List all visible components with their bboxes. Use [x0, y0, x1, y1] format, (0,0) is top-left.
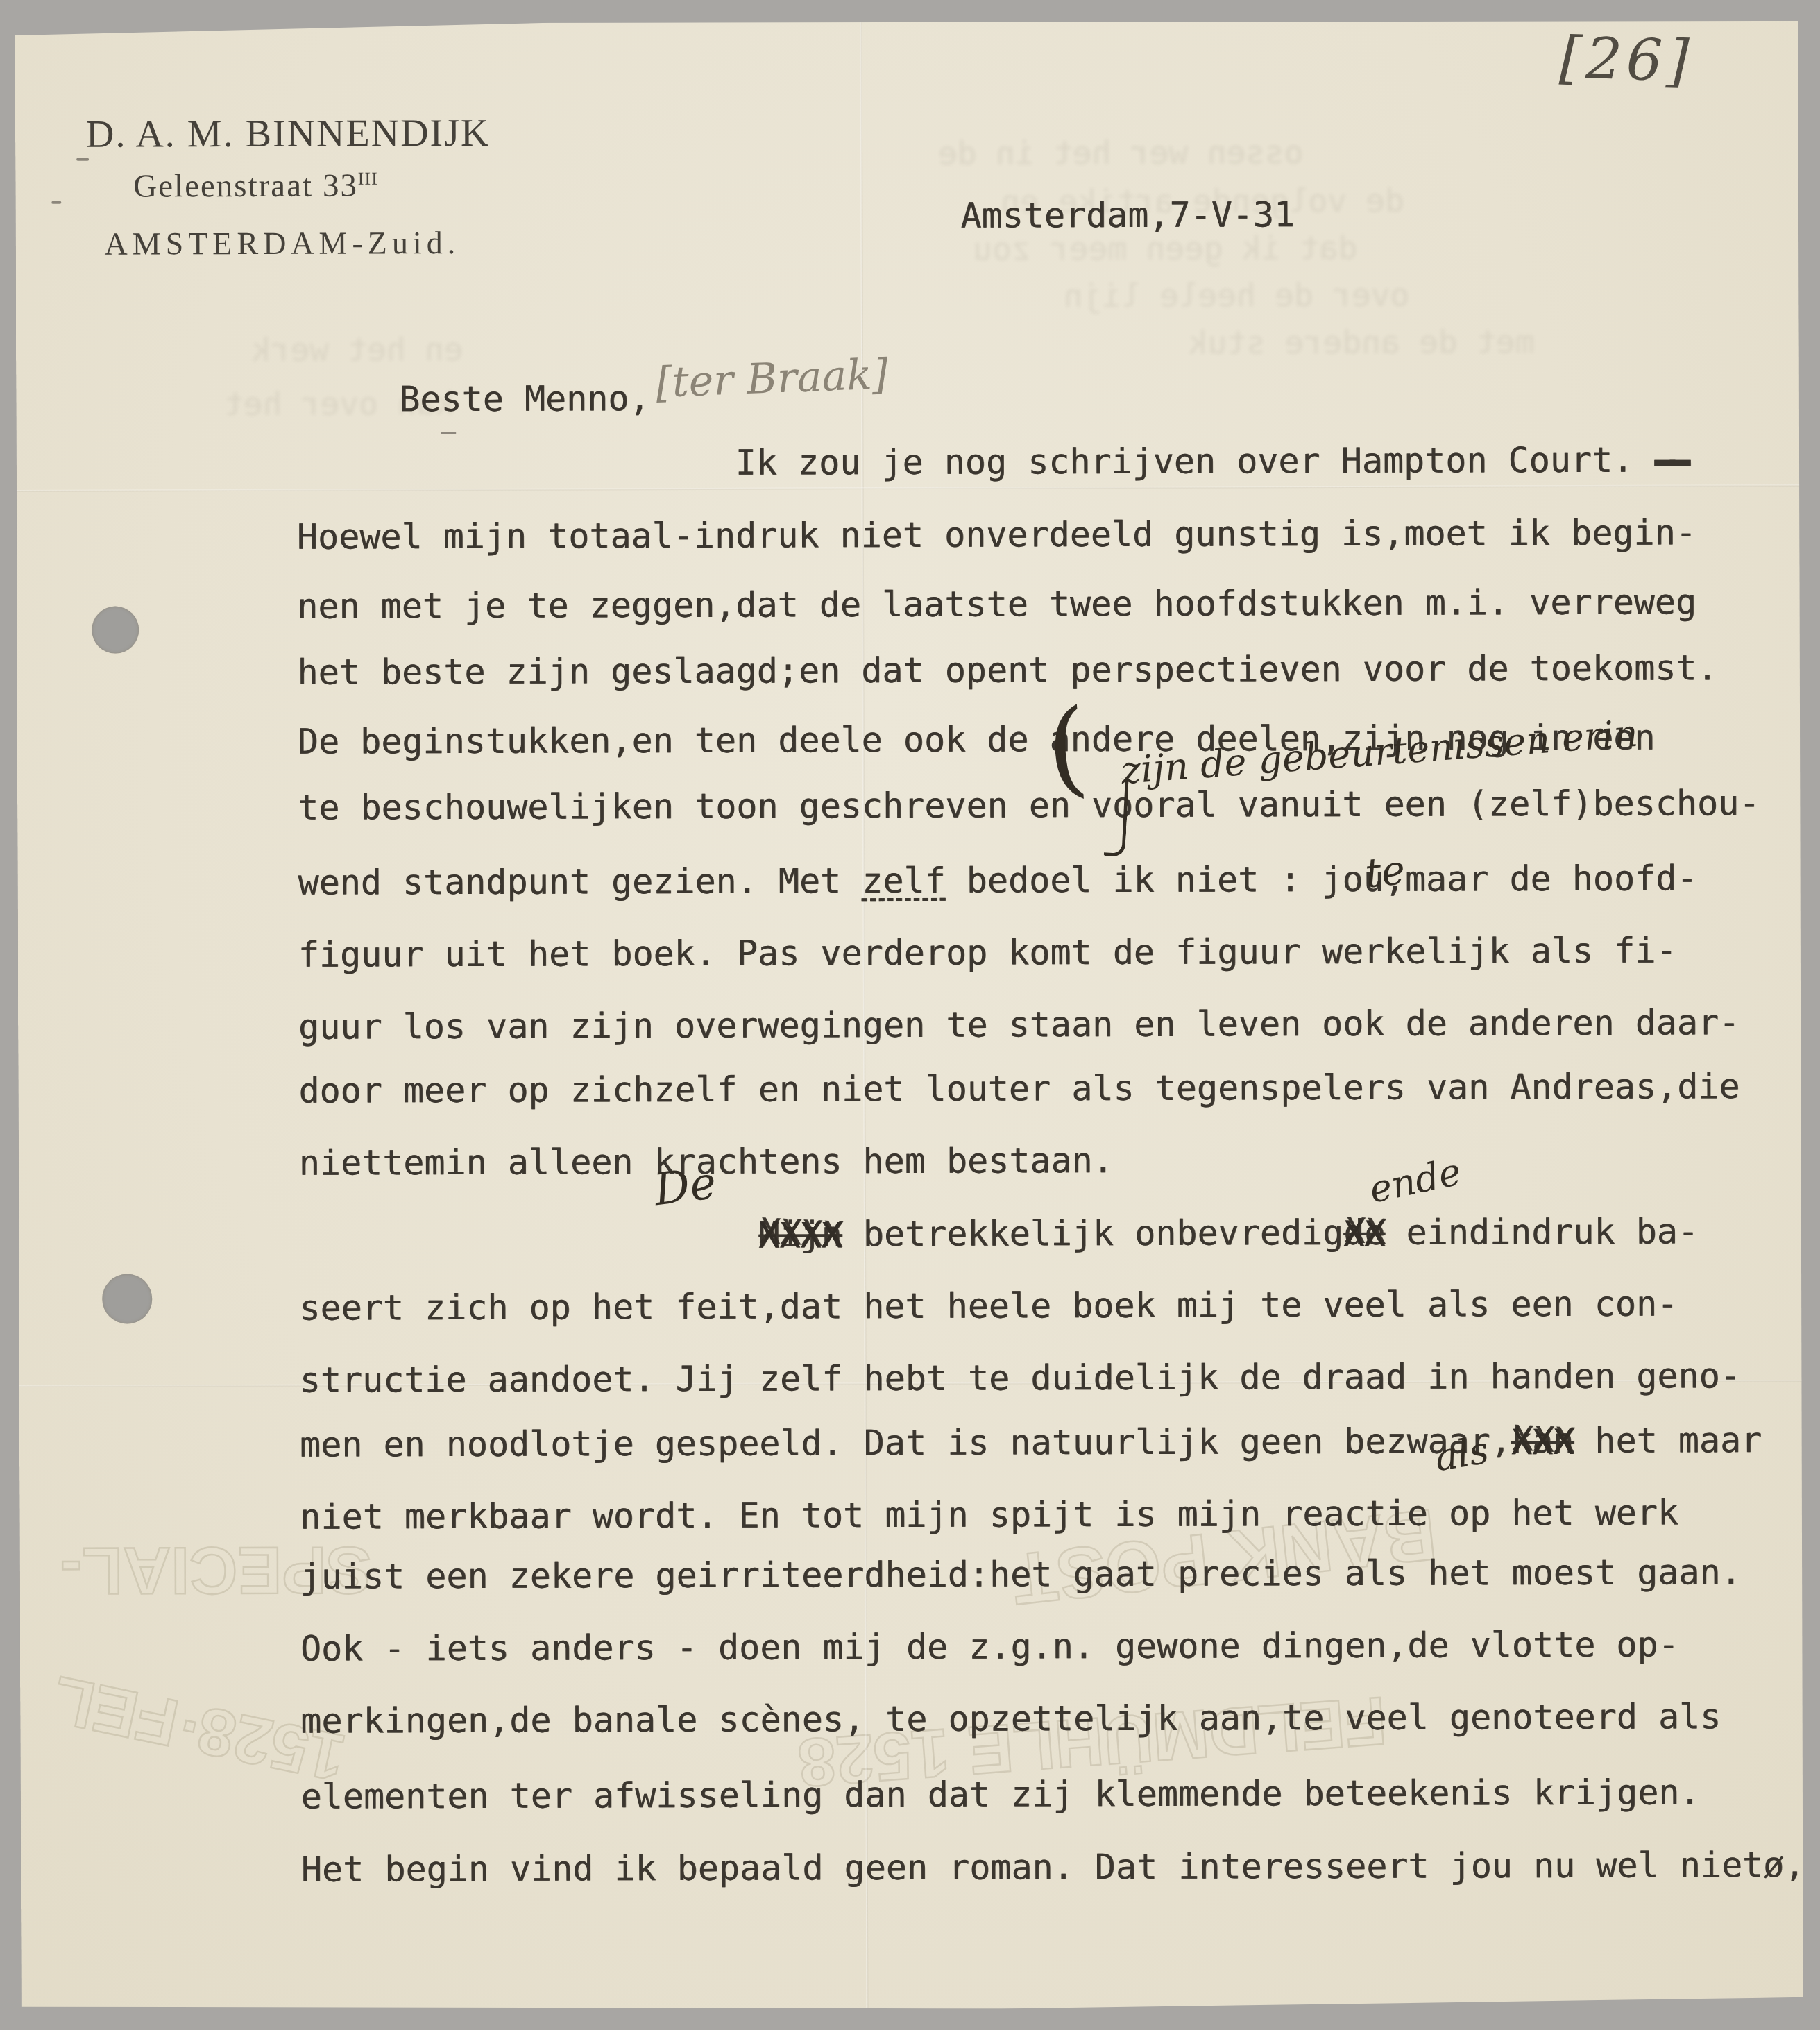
pencil-mark: [76, 158, 89, 161]
body-text-segment: door meer op zichzelf en niet louter als…: [298, 1066, 1740, 1111]
letterhead-street: Geleenstraat 33III: [133, 167, 378, 205]
letterhead-name: D. A. M. BINNENDIJK: [86, 111, 491, 157]
letter-body: Ik zou je nog schrijven over Hampton Cou…: [15, 14, 1798, 19]
recipient-name-annotation: [ter Braak]: [655, 350, 889, 407]
body-line: niet merkbaar wordt. En tot mijn spijt i…: [300, 1496, 1678, 1534]
punch-hole-bottom: [102, 1274, 152, 1323]
correction-ende: ende: [1366, 1149, 1465, 1212]
punch-hole-top: [92, 606, 139, 653]
body-line: elementen ter afwisseling dan dat zij kl…: [300, 1775, 1700, 1813]
letterhead-city: AMSTERDAM-Zuid.: [104, 224, 460, 262]
correction-als: als: [1431, 1428, 1491, 1480]
page-number-annotation: [26]: [1558, 25, 1694, 95]
body-line: door meer op zichzelf en niet louter als…: [298, 1069, 1740, 1108]
insertion-te: te: [1363, 846, 1408, 897]
body-text-segment: ——: [1654, 434, 1685, 486]
body-text-segment: juist een zekere geirriteerdheid:het gaa…: [300, 1552, 1741, 1597]
body-text-segment: merkingen,de banale scènes, te opzetteli…: [300, 1696, 1721, 1741]
body-line: Ook - iets anders - doen mij de z.g.n. g…: [300, 1627, 1679, 1666]
crossed-out-word: MijnXXXXXXXX: [758, 1217, 842, 1251]
letter-paper: ossen wer het in dede volgende artike en…: [15, 14, 1804, 2017]
horizontal-fold-crease-top: [17, 484, 1800, 492]
body-text-segment: men en noodlotje gespeeld. Dat is natuur…: [300, 1421, 1511, 1464]
pencil-mark: [51, 201, 61, 204]
body-line: MijnXXXXXXXX betrekkelijk onbevredigdeXX…: [299, 1214, 1699, 1253]
date-line: Amsterdam,7-V-31: [960, 197, 1295, 233]
body-line: guur los van zijn overwegingen te staan …: [298, 1005, 1740, 1044]
bleedthrough-line: en het werk: [252, 330, 463, 369]
salutation: Beste Menno,: [399, 381, 649, 416]
body-text-segment: [299, 1215, 758, 1256]
body-line: juist een zekere geirriteerdheid:het gaa…: [300, 1555, 1741, 1594]
body-line: merkingen,de banale scènes, te opzetteli…: [300, 1699, 1721, 1738]
crossed-out-word: deXXXX: [1343, 1215, 1385, 1250]
body-text-segment: seert zich op het feit,dat het heele boe…: [299, 1284, 1678, 1328]
body-line: structie aandoet. Jij zelf hebt te duide…: [300, 1358, 1741, 1398]
body-line: men en noodlotje gespeeld. Dat is natuur…: [300, 1423, 1762, 1462]
body-text-segment: wend standpunt gezien. Met: [298, 861, 862, 903]
bleedthrough-text: ossen wer het in dede volgende artike en…: [15, 14, 1798, 19]
underlined-word: zelf: [862, 861, 946, 901]
body-line: het beste zijn geslaagd;en dat opent per…: [297, 650, 1717, 689]
correction-de: De: [651, 1158, 719, 1217]
body-text-segment: structie aandoet. Jij zelf hebt te duide…: [300, 1355, 1741, 1401]
body-line: wend standpunt gezien. Met zelf bedoel i…: [298, 861, 1697, 899]
body-text-segment: te beschouwelijken toon geschreven en vo…: [298, 783, 1760, 828]
body-line: Ik zou je nog schrijven over Hampton Cou…: [296, 442, 1685, 481]
body-text-segment: het maar: [1574, 1420, 1762, 1461]
body-text-segment: ,: [1784, 1845, 1805, 1885]
body-line: Het begin vind ik bepaald geen roman. Da…: [301, 1847, 1805, 1887]
body-text-segment: Het begin vind ik bepaald geen roman. Da…: [301, 1845, 1763, 1890]
body-text-segment: Ik zou je nog schrijven over Hampton Cou…: [296, 440, 1654, 484]
body-text-segment: Ook - iets anders - doen mij de z.g.n. g…: [300, 1625, 1679, 1669]
scanned-letter-page: { "page_label": "[26]", "letterhead": { …: [0, 0, 1820, 2030]
insertion-paren-stroke: (: [1043, 695, 1091, 802]
body-line: figuur uit het boek. Pas verderop komt d…: [298, 933, 1677, 972]
letterhead-street-text: Geleenstraat 33: [133, 167, 358, 204]
body-line: seert zich op het feit,dat het heele boe…: [299, 1287, 1678, 1326]
body-line: te beschouwelijken toon geschreven en vo…: [298, 786, 1760, 825]
bleedthrough-line: over de heele lijn: [1064, 276, 1410, 315]
letterhead-street-floor: III: [358, 169, 378, 189]
crossed-out-word: kanXXXXXX: [1511, 1423, 1574, 1458]
body-text-segment: Hoewel mijn totaal-indruk niet onverdeel…: [297, 512, 1696, 557]
body-text-segment: betrekkelijk onbevredig: [842, 1212, 1344, 1254]
body-text-segment: bedoel ik niet : jou,maar de hoofd-: [946, 858, 1698, 900]
bleedthrough-line: met de andere stuk: [1189, 323, 1535, 362]
body-text-segment: ø: [1763, 1845, 1784, 1885]
body-text-segment: guur los van zijn overwegingen te staan …: [298, 1002, 1740, 1047]
body-text-segment: elementen ter afwisseling dan dat zij kl…: [300, 1772, 1700, 1816]
bleedthrough-line: ossen wer het in de: [938, 133, 1303, 172]
pencil-mark: [441, 432, 456, 434]
body-text-segment: eindindruk ba-: [1385, 1211, 1699, 1252]
body-text-segment: niet merkbaar wordt. En tot mijn spijt i…: [300, 1493, 1678, 1537]
body-text-segment: nen met je te zeggen,dat de laatste twee…: [297, 582, 1696, 626]
body-line: nen met je te zeggen,dat de laatste twee…: [297, 584, 1696, 623]
body-text-segment: het beste zijn geslaagd;en dat opent per…: [297, 648, 1717, 692]
body-line: Hoewel mijn totaal-indruk niet onverdeel…: [297, 515, 1696, 554]
body-text-segment: figuur uit het boek. Pas verderop komt d…: [298, 931, 1677, 975]
